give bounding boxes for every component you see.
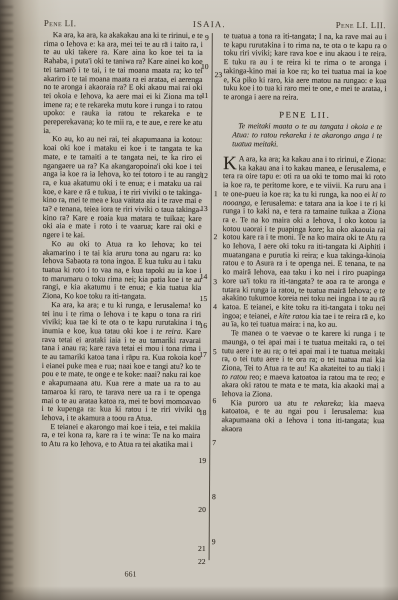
- text-paragraph: KA ara, ka ara; ka kakau ana i to ririnu…: [222, 155, 386, 330]
- verse-number-gutter-left: 910111213141516171819202122: [2, 0, 398, 1]
- text-paragraph: E teianei e akarongo mai koe i teia, e t…: [41, 423, 200, 450]
- running-head-left: Pene LI.: [44, 18, 77, 28]
- verse-number: 9: [190, 33, 209, 42]
- running-head-right: Pene LI. LII.: [272, 19, 386, 30]
- verse-number: 16: [188, 321, 207, 330]
- running-head-title: ISAIA.: [152, 19, 267, 30]
- text-paragraph: Ko au oki to Atua ra ko Iehova; ko tei a…: [42, 240, 201, 302]
- verse-number: 7: [212, 438, 231, 447]
- left-column: Ka ara, ka ara, ka akakakau ana ki te ri…: [40, 31, 202, 578]
- verse-number: 4: [213, 302, 232, 311]
- text-paragraph: Ka ara, ka ara, ka akakakau ana ki te ri…: [43, 31, 203, 136]
- column-divider-rule: [209, 33, 213, 560]
- verse-number: 2: [214, 232, 233, 241]
- verse-number: 1: [214, 189, 233, 198]
- text-paragraph: Te manea o te vaevae o te karere ki rung…: [222, 329, 385, 400]
- verse-number: 6: [213, 396, 232, 405]
- right-column-continuation: te tuatua a tona ra iti-tangata; I na, k…: [223, 32, 386, 103]
- right-column: te tuatua a tona ra iti-tangata; I na, k…: [220, 32, 386, 579]
- verse-number: 21: [187, 544, 206, 553]
- right-column-text: KA ara, ka ara; ka kakau ana i to ririnu…: [221, 155, 386, 434]
- text-paragraph: Kia puroro ua atu te rekareka; kia maeva…: [221, 399, 384, 435]
- verse-number: 13: [189, 204, 208, 213]
- text-paragraph: Ka ara, ka ara; e tu ki runga, e Ierusal…: [41, 301, 201, 424]
- verse-number: 23: [215, 70, 234, 79]
- verse-number: 18: [187, 408, 206, 417]
- drop-cap: K: [223, 155, 239, 171]
- page-number: 661: [50, 569, 210, 579]
- verse-number: 22: [187, 557, 206, 566]
- verse-number: 14: [188, 272, 207, 281]
- verse-number: 15: [188, 294, 207, 303]
- page-content: Pene LI. ISAIA. Pene LI. LII. Ka ara, ka…: [0, 0, 398, 600]
- verse-number: 17: [188, 350, 207, 359]
- verse-number-gutter-right: 23123456789: [2, 0, 398, 1]
- text-paragraph: Ko au, ko au nei rai, tei akapumaana ia …: [43, 135, 203, 240]
- left-column-text: Ka ara, ka ara, ka akakakau ana ki te ri…: [41, 31, 203, 450]
- chapter-heading: PENE LII.: [223, 110, 386, 120]
- verse-number: 11: [189, 91, 208, 100]
- verse-number: 12: [189, 171, 208, 180]
- verse-number: 3: [213, 277, 232, 286]
- verse-number: 9: [212, 537, 231, 546]
- verse-number: 20: [187, 505, 206, 514]
- book-page: Pene LI. ISAIA. Pene LI. LII. Ka ara, ka…: [0, 0, 398, 600]
- verse-number: 19: [187, 456, 206, 465]
- text-paragraph: te tuatua a tona ra iti-tangata; I na, k…: [223, 32, 386, 103]
- verse-number: 10: [190, 62, 209, 71]
- verse-number: 5: [213, 347, 232, 356]
- chapter-summary: Te meitaki maata o te au tangata i okoia…: [232, 123, 382, 151]
- verse-number: 8: [212, 492, 231, 501]
